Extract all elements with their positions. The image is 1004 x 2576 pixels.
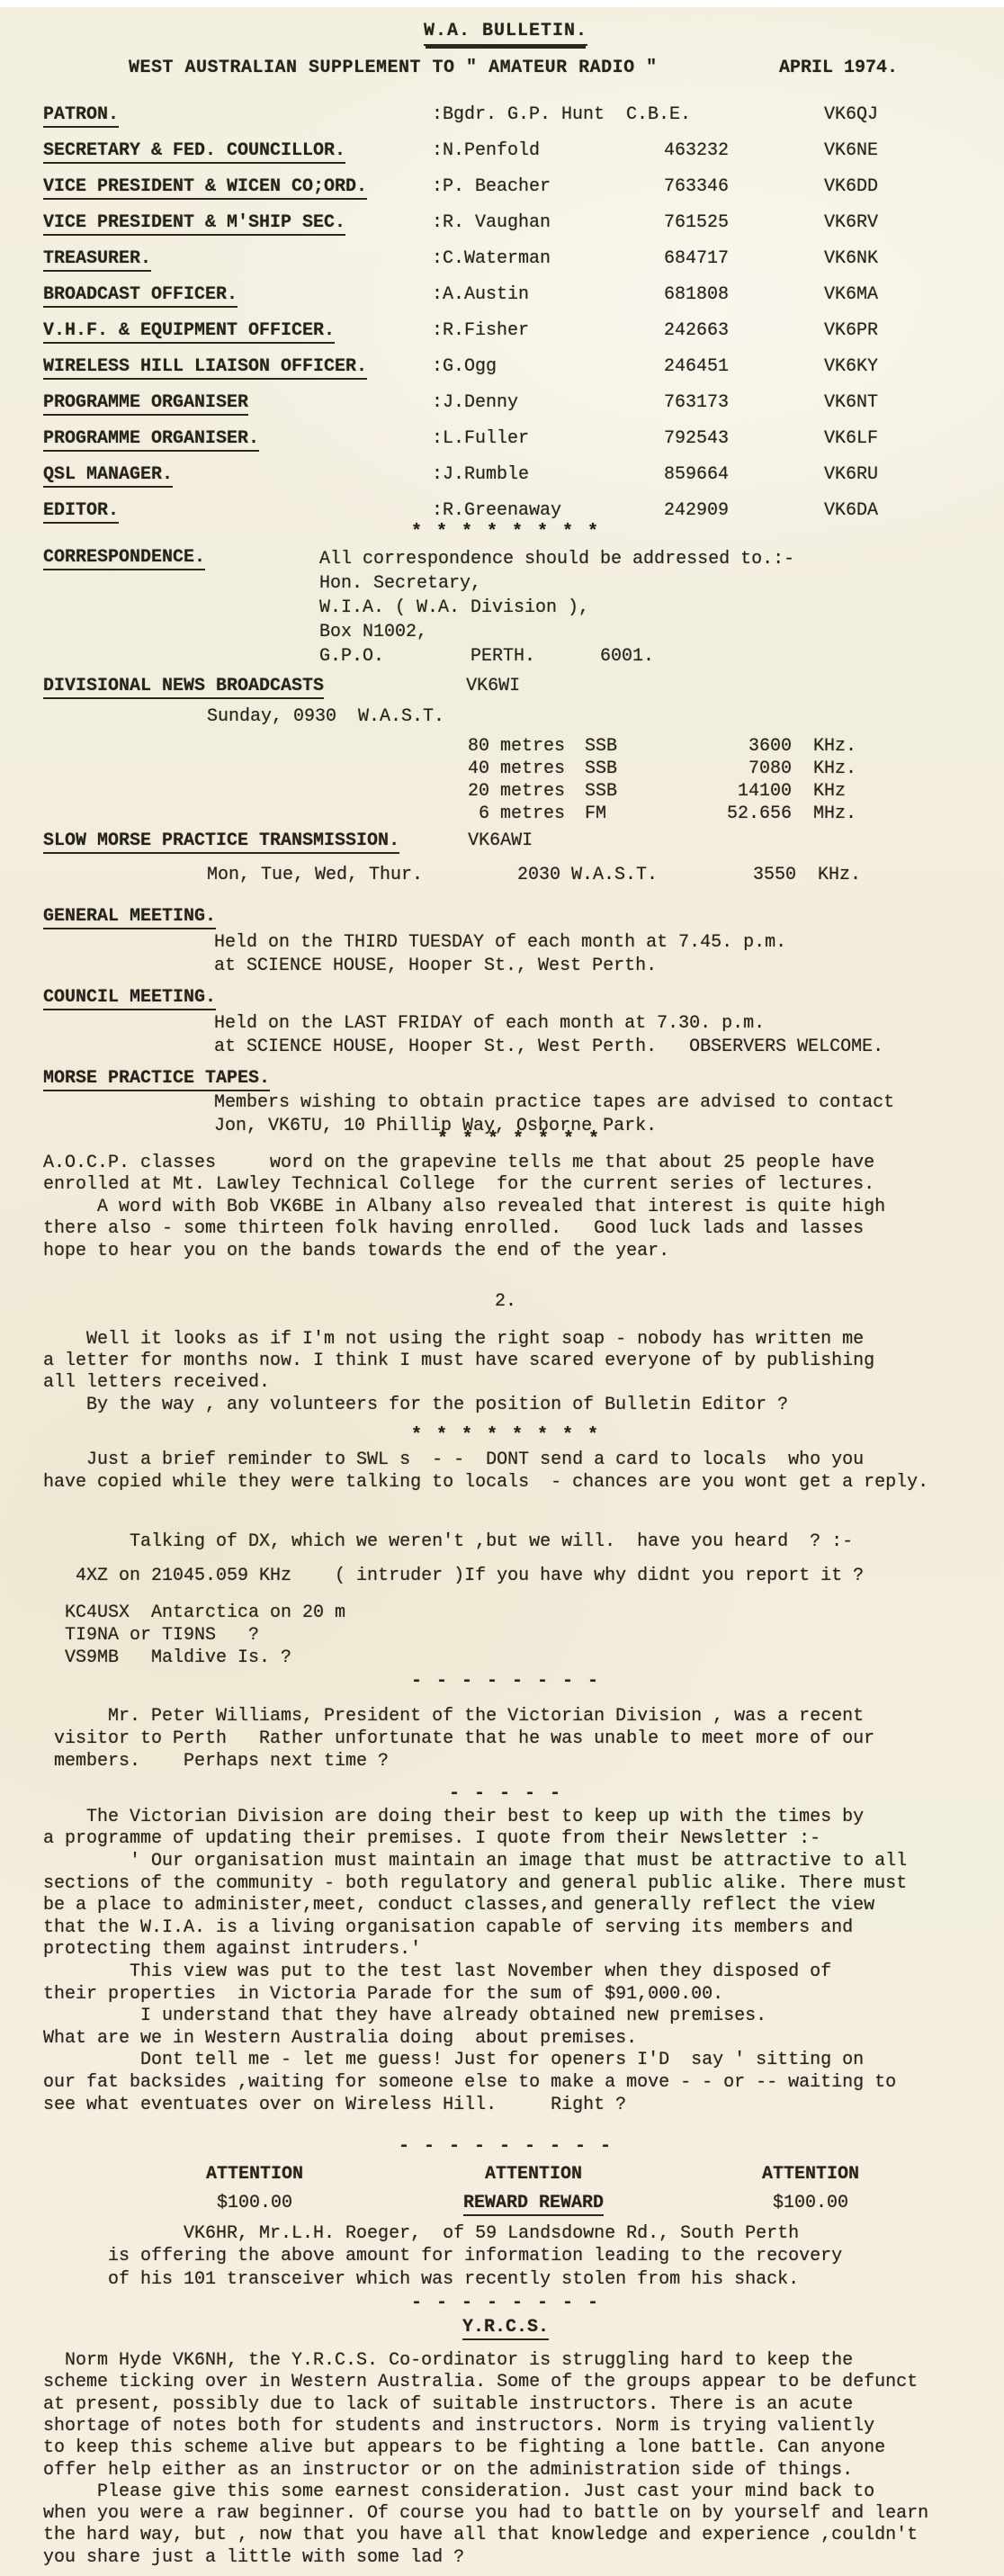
table-row: PATRON. :Bgdr. G.P. Hunt C.B.E. VK6QJ	[43, 104, 968, 126]
star-separator: * * * * * * * *	[43, 1425, 968, 1447]
correspondence-section: CORRESPONDENCE. All correspondence shoul…	[43, 547, 968, 669]
officer-role: WIRELESS HILL LIAISON OFFICER.	[43, 356, 367, 380]
victorian-division-paragraph: The Victorian Division are doing their b…	[43, 1807, 968, 2116]
officer-callsign: VK6LF	[824, 428, 878, 450]
unit: KHz	[813, 780, 846, 803]
dash-separator: - - - - - - - - -	[43, 2136, 968, 2158]
section-heading: MORSE PRACTICE TAPES.	[43, 1068, 270, 1091]
officer-name: :G.Ogg	[432, 356, 664, 378]
morse-tapes-heading: MORSE PRACTICE TAPES.	[43, 1068, 968, 1090]
broadcasts-heading-row: DIVISIONAL NEWS BROADCASTS VK6WI	[43, 676, 968, 697]
officer-callsign: VK6RU	[824, 464, 878, 486]
officer-callsign: VK6KY	[824, 356, 878, 378]
reward-paragraph: VK6HR, Mr.L.H. Roeger, of 59 Landsdowne …	[43, 2222, 968, 2291]
page-title: W.A. BULLETIN.	[424, 21, 587, 46]
yrcs-paragraph: Norm Hyde VK6NH, the Y.R.C.S. Co-ordinat…	[43, 2350, 968, 2569]
table-row: PROGRAMME ORGANISER. :L.Fuller 792543 VK…	[43, 428, 968, 450]
attention-label: ATTENTION	[160, 2163, 349, 2186]
section-heading: GENERAL MEETING.	[43, 906, 216, 929]
table-row: BROADCAST OFFICER. :A.Austin 681808 VK6M…	[43, 284, 968, 306]
officer-role: PROGRAMME ORGANISER.	[43, 428, 259, 452]
frequency: 52.656	[648, 803, 792, 825]
dash-separator: - - - - -	[43, 1783, 968, 1805]
officer-phone	[664, 104, 824, 126]
officer-callsign: VK6MA	[824, 284, 878, 306]
time: 2030 W.A.S.T.	[517, 865, 753, 886]
doc-subtitle: WEST AUSTRALIAN SUPPLEMENT TO " AMATEUR …	[129, 58, 658, 79]
officer-name: :J.Rumble	[432, 464, 664, 486]
editor-paragraph: Well it looks as if I'm not using the ri…	[43, 1329, 968, 1416]
general-meeting-details: Held on the THIRD TUESDAY of each month …	[214, 931, 968, 978]
officer-callsign: VK6DD	[824, 176, 878, 198]
page-number: 2.	[43, 1291, 968, 1313]
table-row: EDITOR. :R.Greenaway 242909 VK6DA	[43, 500, 968, 522]
star-separator: * * * * * * *	[437, 1129, 968, 1151]
table-row: VICE PRESIDENT & M'SHIP SEC. :R. Vaughan…	[43, 212, 968, 234]
band: 80 metres	[468, 735, 585, 758]
officer-role: QSL MANAGER.	[43, 464, 173, 488]
officer-phone: 242663	[664, 320, 824, 342]
reward-row: $100.00 REWARD REWARD $100.00	[43, 2192, 968, 2215]
section-heading: DIVISIONAL NEWS BROADCASTS	[43, 676, 324, 699]
section-heading: COUNCIL MEETING.	[43, 987, 216, 1010]
table-row: V.H.F. & EQUIPMENT OFFICER. :R.Fisher 24…	[43, 320, 968, 342]
broadcast-day-time: Sunday, 0930 W.A.S.T.	[207, 706, 968, 728]
officer-callsign: VK6DA	[824, 500, 878, 522]
unit: MHz.	[813, 803, 856, 825]
officer-name: :L.Fuller	[432, 428, 664, 450]
officer-role: V.H.F. & EQUIPMENT OFFICER.	[43, 320, 335, 344]
officer-phone: 246451	[664, 356, 824, 378]
broadcast-schedule-table: 80 metres SSB 3600 KHz. 40 metres SSB 70…	[43, 735, 968, 825]
officer-phone: 859664	[664, 464, 824, 486]
section-heading: CORRESPONDENCE.	[43, 547, 205, 570]
officer-role: VICE PRESIDENT & M'SHIP SEC.	[43, 212, 345, 236]
mode: SSB	[585, 780, 648, 803]
title-row: W.A. BULLETIN.	[43, 20, 968, 43]
officer-callsign: VK6NE	[824, 140, 878, 162]
table-row: 40 metres SSB 7080 KHz.	[468, 758, 968, 780]
frequency: 7080	[648, 758, 792, 780]
officer-phone: 681808	[664, 284, 824, 306]
council-meeting-heading: COUNCIL MEETING.	[43, 987, 968, 1009]
officer-phone: 684717	[664, 248, 824, 270]
table-row: 6 metres FM 52.656 MHz.	[468, 803, 968, 825]
slow-morse-callsign: VK6AWI	[468, 830, 533, 852]
dash-separator: - - - - - - - -	[43, 1671, 968, 1692]
mode: SSB	[585, 735, 648, 758]
doc-date: APRIL 1974.	[779, 58, 898, 79]
officer-name: :C.Waterman	[432, 248, 664, 270]
officer-callsign: VK6RV	[824, 212, 878, 234]
mode: SSB	[585, 758, 648, 780]
section-heading: SLOW MORSE PRACTICE TRANSMISSION.	[43, 830, 399, 854]
officer-name: :P. Beacher	[432, 176, 664, 198]
correspondence-address: All correspondence should be addressed t…	[319, 547, 794, 669]
table-row: 20 metres SSB 14100 KHz	[468, 780, 968, 803]
table-row: WIRELESS HILL LIAISON OFFICER. :G.Ogg 24…	[43, 356, 968, 378]
band: 6 metres	[468, 803, 585, 825]
officer-role: PROGRAMME ORGANISER	[43, 392, 248, 416]
officers-table: PATRON. :Bgdr. G.P. Hunt C.B.E. VK6QJ SE…	[43, 104, 968, 522]
attention-label: ATTENTION	[716, 2163, 905, 2186]
attention-label: ATTENTION	[430, 2163, 637, 2186]
officer-callsign: VK6NK	[824, 248, 878, 270]
reward-amount: $100.00	[716, 2192, 905, 2215]
officer-role: PATRON.	[43, 104, 119, 128]
yrcs-heading: Y.R.C.S.	[43, 2316, 968, 2339]
williams-paragraph: Mr. Peter Williams, President of the Vic…	[43, 1705, 968, 1773]
officer-phone: 763173	[664, 392, 824, 414]
council-meeting-details: Held on the LAST FRIDAY of each month at…	[214, 1012, 968, 1059]
section-heading: Y.R.C.S.	[462, 2317, 549, 2340]
officer-callsign: VK6PR	[824, 320, 878, 342]
table-row: 80 metres SSB 3600 KHz.	[468, 735, 968, 758]
frequency: 14100	[648, 780, 792, 803]
officer-role: VICE PRESIDENT & WICEN CO;ORD.	[43, 176, 367, 200]
officer-role: TREASURER.	[43, 248, 151, 272]
slow-morse-heading-row: SLOW MORSE PRACTICE TRANSMISSION. VK6AWI	[43, 830, 968, 852]
mode: FM	[585, 803, 648, 825]
unit: KHz.	[813, 758, 856, 780]
broadcast-callsign: VK6WI	[466, 676, 520, 697]
officer-name: :A.Austin	[432, 284, 664, 306]
officer-phone: 792543	[664, 428, 824, 450]
officer-name: :R. Vaughan	[432, 212, 664, 234]
bulletin-scan-page: W.A. BULLETIN. WEST AUSTRALIAN SUPPLEMEN…	[0, 0, 1004, 2576]
frequency: 3550 KHz.	[753, 865, 861, 886]
officer-callsign: VK6QJ	[824, 104, 878, 126]
slow-morse-schedule: Mon, Tue, Wed, Thur. 2030 W.A.S.T. 3550 …	[207, 865, 968, 886]
officer-role: BROADCAST OFFICER.	[43, 284, 238, 308]
officer-name: :Bgdr. G.P. Hunt C.B.E.	[432, 104, 664, 126]
dx-list: KC4USX Antarctica on 20 m TI9NA or TI9NS…	[43, 1602, 968, 1669]
officer-phone: 242909	[664, 500, 824, 522]
unit: KHz.	[813, 735, 856, 758]
table-row: QSL MANAGER. :J.Rumble 859664 VK6RU	[43, 464, 968, 486]
subtitle-row: WEST AUSTRALIAN SUPPLEMENT TO " AMATEUR …	[43, 58, 968, 79]
swl-reminder-paragraph: Just a brief reminder to SWL s - - DONT …	[43, 1449, 968, 1494]
officer-name: :N.Penfold	[432, 140, 664, 162]
table-row: VICE PRESIDENT & WICEN CO;ORD. :P. Beach…	[43, 176, 968, 198]
officer-name: :R.Fisher	[432, 320, 664, 342]
officer-name: :J.Denny	[432, 392, 664, 414]
table-row: PROGRAMME ORGANISER :J.Denny 763173 VK6N…	[43, 392, 968, 414]
aocp-classes-paragraph: A.O.C.P. classes word on the grapevine t…	[43, 1153, 968, 1262]
dx-intruder-line: 4XZ on 21045.059 KHz ( intruder )If you …	[43, 1566, 968, 1587]
general-meeting-heading: GENERAL MEETING.	[43, 906, 968, 928]
reward-amount: $100.00	[160, 2192, 349, 2215]
scan-edge-strip	[0, 0, 1004, 7]
officer-role: EDITOR.	[43, 500, 119, 524]
dash-separator: - - - - - - - -	[43, 2293, 968, 2314]
reward-label: REWARD REWARD	[463, 2193, 604, 2216]
table-row: TREASURER. :C.Waterman 684717 VK6NK	[43, 248, 968, 270]
officer-role: SECRETARY & FED. COUNCILLOR.	[43, 140, 345, 164]
star-separator: * * * * * * * *	[43, 522, 968, 543]
officer-phone: 763346	[664, 176, 824, 198]
table-row: SECRETARY & FED. COUNCILLOR. :N.Penfold …	[43, 140, 968, 162]
officer-callsign: VK6NT	[824, 392, 878, 414]
attention-row: ATTENTION ATTENTION ATTENTION	[43, 2163, 968, 2186]
band: 40 metres	[468, 758, 585, 780]
band: 20 metres	[468, 780, 585, 803]
frequency: 3600	[648, 735, 792, 758]
days: Mon, Tue, Wed, Thur.	[207, 865, 517, 886]
officer-phone: 761525	[664, 212, 824, 234]
officer-name: :R.Greenaway	[432, 500, 664, 522]
dx-intro-line: Talking of DX, which we weren't ,but we …	[43, 1531, 968, 1553]
officer-phone: 463232	[664, 140, 824, 162]
